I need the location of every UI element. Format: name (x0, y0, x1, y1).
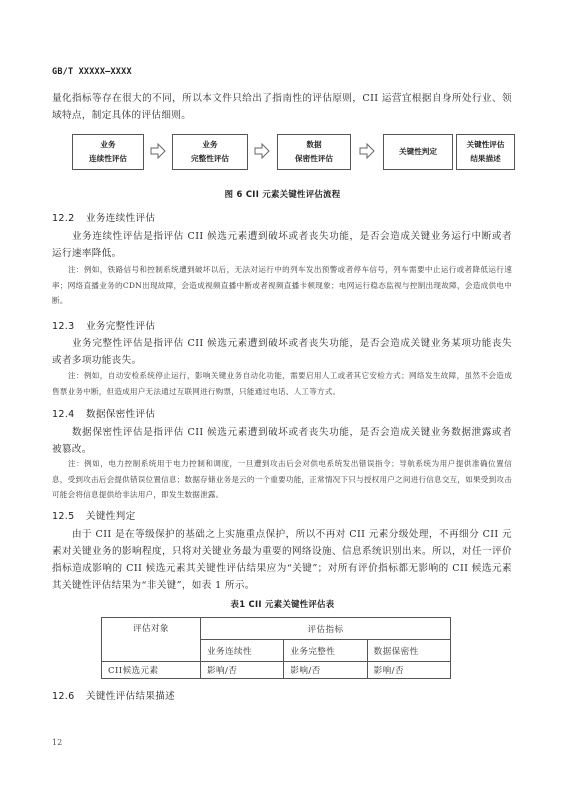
hollow-right-arrow-icon (359, 143, 375, 159)
section-number: 12.3 (52, 321, 86, 332)
intro-paragraph: 量化指标等存在很大的不同，所以本文件只给出了指南性的评估原则，CII 运营宜根据… (52, 90, 512, 124)
section-note-12-3: 注：例如，自动安检系统停止运行，影响关键业务自动化功能，需要启用人工或者其它安检… (52, 368, 512, 399)
table-row: CII候选元素 影响/否 影响/否 影响/否 (102, 662, 451, 679)
flow-box-line2: 保密性评估 (295, 152, 333, 166)
flow-box-criticality-determination: 关键性判定 (383, 134, 453, 170)
subheader-cell: 数据保密性 (367, 640, 450, 662)
criticality-evaluation-table: 评估对象 评估指标 业务连续性 业务完整性 数据保密性 CII候选元素 影响/否… (101, 617, 451, 679)
section-heading-12-6: 12.6关键性评估结果描述 (52, 688, 175, 702)
section-note-12-2: 注：例如，铁路信号和控制系统遭到破坏以后，无法对运行中的列车发出预警或者停车信号… (52, 262, 512, 309)
flow-box-line2: 完整性评估 (191, 152, 229, 166)
subheader-cell: 业务完整性 (284, 640, 367, 662)
section-heading-12-3: 12.3业务完整性评估 (52, 318, 155, 332)
document-id-header: GB/T XXXXX—XXXX (52, 67, 132, 77)
section-body-12-5: 由于 CII 是在等级保护的基础之上实施重点保护，所以不再对 CII 元素分级处… (52, 526, 512, 594)
flow-box-line1: 关键性评估 (467, 138, 505, 152)
header-cell-indicators: 评估指标 (201, 618, 451, 640)
section-note-12-4: 注：例如，电力控制系统用于电力控制和调度，一旦遭到攻击后会对供电系统发出错误指令… (52, 456, 512, 503)
flow-box-line1: 数据 (306, 138, 321, 152)
section-title: 业务连续性评估 (86, 213, 155, 224)
subheader-cell: 业务连续性 (201, 640, 284, 662)
row-value-cell: 影响/否 (201, 662, 284, 679)
section-number: 12.5 (52, 511, 86, 522)
flow-box-data-confidentiality: 数据 保密性评估 (277, 134, 351, 170)
evaluation-flow-diagram: 业务 连续性评估 业务 完整性评估 数据 保密性评估 关键性判定 (72, 134, 492, 170)
page-number: 12 (52, 738, 62, 747)
flow-box-business-integrity: 业务 完整性评估 (172, 134, 248, 170)
flow-box-line2: 连续性评估 (89, 152, 127, 166)
section-title: 关键性判定 (86, 511, 135, 522)
header-cell-object: 评估对象 (102, 618, 201, 662)
flow-box-result-description: 关键性评估 结果描述 (456, 134, 515, 170)
hollow-right-arrow-icon (254, 143, 270, 159)
table-header-row: 评估对象 评估指标 (102, 618, 451, 640)
section-body-12-3: 业务完整性评估是指评估 CII 候选元素遭到破坏或者丧失功能，是否会造成关键业务… (52, 335, 512, 369)
row-value-cell: 影响/否 (367, 662, 450, 679)
section-body-12-2: 业务连续性评估是指评估 CII 候选元素遭到破坏或者丧失功能，是否会造成关键业务… (52, 228, 512, 262)
flow-box-line1: 业务 (100, 138, 115, 152)
section-number: 12.2 (52, 213, 86, 224)
row-value-cell: 影响/否 (284, 662, 367, 679)
section-number: 12.4 (52, 409, 86, 420)
flow-box-line2: 结果描述 (470, 152, 500, 166)
section-title: 关键性评估结果描述 (86, 691, 175, 702)
section-title: 数据保密性评估 (86, 409, 155, 420)
flow-box-line1: 业务 (202, 138, 217, 152)
section-title: 业务完整性评估 (86, 321, 155, 332)
hollow-right-arrow-icon (150, 143, 166, 159)
flow-box-line1: 关键性判定 (399, 145, 437, 159)
section-heading-12-4: 12.4数据保密性评估 (52, 406, 155, 420)
section-number: 12.6 (52, 691, 86, 702)
section-heading-12-5: 12.5关键性判定 (52, 508, 135, 522)
flow-box-business-continuity: 业务 连续性评估 (72, 134, 144, 170)
section-heading-12-2: 12.2业务连续性评估 (52, 210, 155, 224)
row-object-cell: CII候选元素 (102, 662, 201, 679)
figure-caption: 图 6 CII 元素关键性评估流程 (0, 188, 565, 200)
section-body-12-4: 数据保密性评估是指评估 CII 候选元素遭到破坏或者丧失功能，是否会造成关键业务… (52, 424, 512, 458)
table-caption: 表1 CII 元素关键性评估表 (0, 598, 565, 610)
